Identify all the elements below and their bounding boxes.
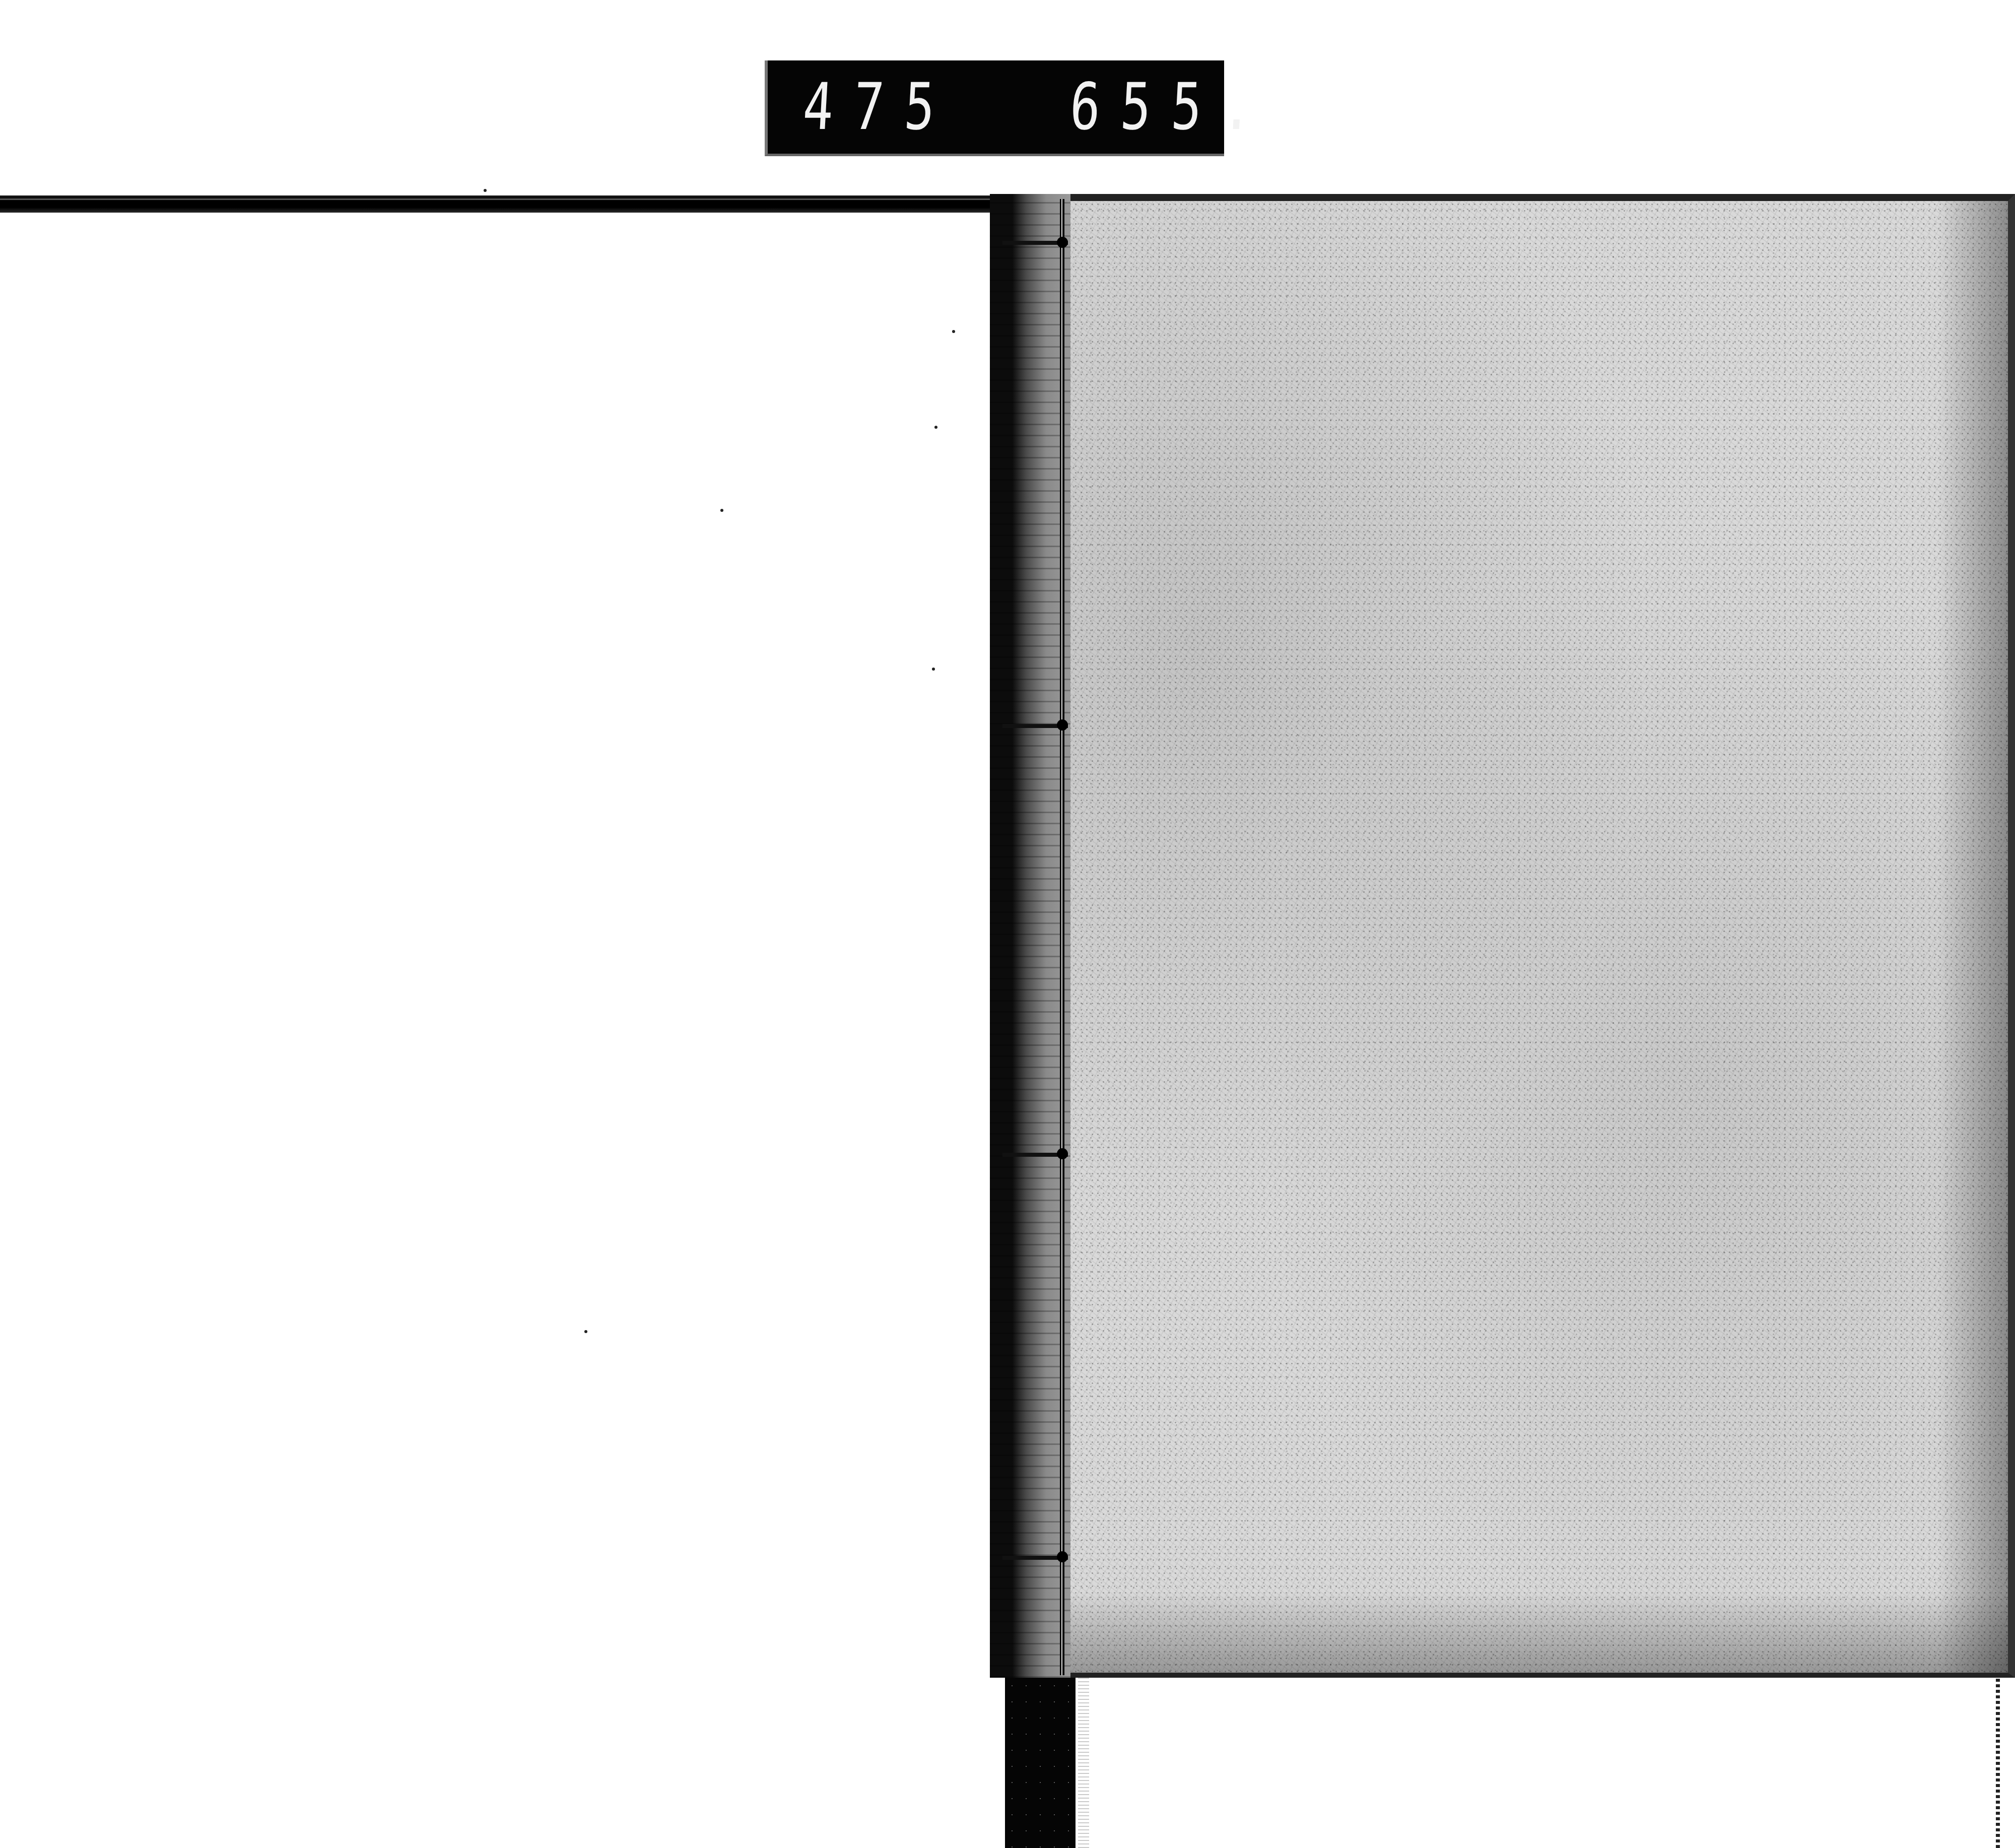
cover-bottom-shadow (990, 1592, 2008, 1673)
page-edge-left (1078, 1678, 1089, 1848)
paper-texture (990, 201, 2008, 1673)
frame-number-right: 655. (1068, 70, 1275, 145)
dust-speck (584, 1330, 587, 1333)
stitch-knot (1057, 719, 1068, 731)
dust-speck (484, 189, 487, 192)
stitch-knot (1057, 237, 1068, 248)
book-cover (990, 194, 2015, 1678)
page-edge-right (1996, 1678, 2000, 1848)
film-frame-top-rule (0, 195, 1002, 213)
cover-edge-shadow (1937, 201, 2008, 1673)
dust-speck (934, 426, 937, 429)
frame-number-left: 475 (801, 70, 957, 145)
binding-thread (1060, 199, 1064, 1675)
book-spine (990, 194, 1070, 1678)
book-support-post (1005, 1678, 1076, 1848)
dust-speck (932, 668, 935, 671)
frame-number-label: 475 655. (765, 60, 1224, 156)
dust-speck (720, 509, 723, 512)
dust-speck (952, 330, 955, 333)
stitch-knot (1057, 1551, 1068, 1562)
page-below-cover (1076, 1678, 2007, 1848)
stitch-knot (1057, 1148, 1068, 1159)
